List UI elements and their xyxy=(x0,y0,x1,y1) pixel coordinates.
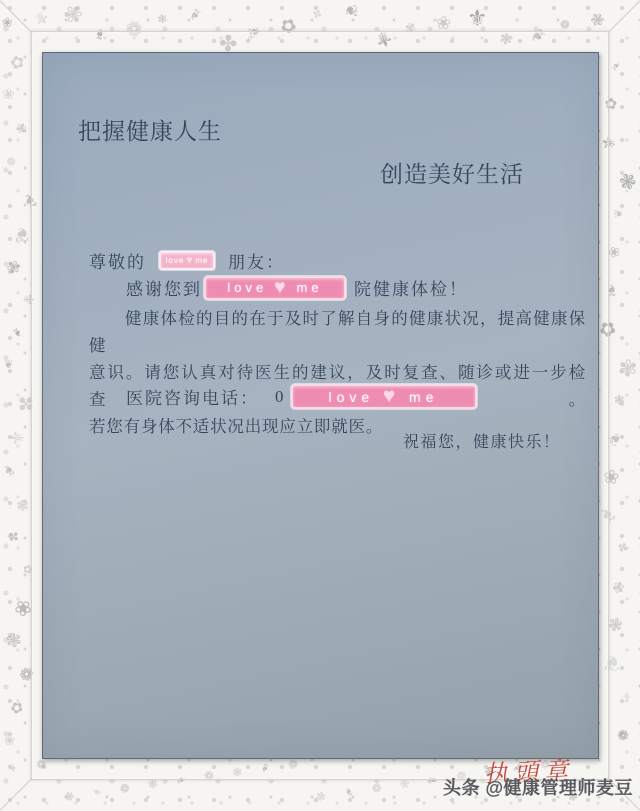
floral-motif: ⚜ xyxy=(29,6,53,30)
floral-motif: ❃ xyxy=(589,12,607,27)
sticker-word-me: me xyxy=(409,389,438,405)
floral-motif: ❃ xyxy=(154,11,170,26)
watermark-text: 头条 @健康管理师麦豆 xyxy=(443,774,633,800)
floral-motif: ❀ xyxy=(0,15,15,29)
floral-motif: ❀ xyxy=(1,732,17,749)
phone-line: 医院咨询电话： 0 love ♥ me xyxy=(126,384,477,409)
frame-miter-bottom-left xyxy=(0,778,33,811)
sticker-word-love: love xyxy=(227,280,267,295)
floral-motif: ❧ xyxy=(91,785,104,799)
sticker-word-love: love xyxy=(328,389,374,405)
letter-paper: 把握健康人生 创造美好生活 尊敬的 love ♥ me 朋友： 感谢您到 lov… xyxy=(42,52,599,759)
greeting-prefix: 尊敬的 xyxy=(89,248,146,273)
phone-label: 医院咨询电话： xyxy=(126,384,259,409)
love-me-sticker-small: love ♥ me xyxy=(159,251,215,270)
floral-motif: ✤ xyxy=(616,539,631,554)
floral-motif: ⚜ xyxy=(467,7,488,30)
floral-motif: ❃ xyxy=(5,631,23,652)
frame-miter-top-left xyxy=(0,0,33,33)
floral-motif: ❁ xyxy=(7,156,19,166)
floral-motif: ✾ xyxy=(611,576,628,595)
floral-motif: ⚜ xyxy=(622,689,632,700)
framed-letter-photo: ❀⚜✾❧❁❃❧✤❦✿✤❦⚜✾❀⚜❃❧❁❃❧❁❃❧❁❃❧❁❃❧❁❃❧❁❃❧❁❃❧❁… xyxy=(0,0,640,811)
floral-motif: ❦ xyxy=(4,360,13,371)
floral-motif: ✤ xyxy=(310,9,323,23)
floral-motif: ❦ xyxy=(342,4,358,18)
floral-motif: ✾ xyxy=(614,354,640,381)
floral-motif: ❃ xyxy=(315,789,327,802)
greeting-line: 尊敬的 love ♥ me 朋友： xyxy=(89,248,285,273)
floral-motif: ❧ xyxy=(9,324,26,341)
sticker-word-me: me xyxy=(297,280,323,295)
floral-motif: ❁ xyxy=(616,725,629,740)
heart-icon: ♥ xyxy=(274,277,289,299)
frame-miter-top-right xyxy=(607,0,640,33)
floral-motif: ❧ xyxy=(184,4,206,24)
floral-motif: ❀ xyxy=(1,87,16,104)
floral-motif: ❧ xyxy=(0,459,20,481)
floral-motif: ❦ xyxy=(614,209,625,219)
floral-motif: ✿ xyxy=(6,52,28,74)
floral-motif: ❃ xyxy=(15,496,29,512)
floral-motif: ❧ xyxy=(5,761,20,775)
sticker-word-me: me xyxy=(195,256,208,265)
floral-motif: ✾ xyxy=(13,120,30,137)
floral-motif: ❀ xyxy=(608,246,623,259)
floral-motif: ❁ xyxy=(371,782,384,793)
love-me-sticker-phone: love ♥ me xyxy=(291,384,477,409)
floral-motif: ✿ xyxy=(10,700,27,715)
floral-motif: ❁ xyxy=(117,781,132,796)
love-me-sticker-hospital: love ♥ me xyxy=(204,276,346,300)
thanks-suffix: 院健康体检！ xyxy=(354,275,468,300)
heart-icon: ♥ xyxy=(383,385,400,408)
body-line-1: 健康体检的目的在于及时了解自身的健康状况，提高健康保健 xyxy=(89,305,586,359)
floral-motif: ❧ xyxy=(608,59,623,74)
greeting-suffix: 朋友： xyxy=(228,248,285,273)
floral-motif: ✾ xyxy=(60,0,88,28)
thanks-line: 感谢您到 love ♥ me 院健康体检！ xyxy=(126,275,468,300)
floral-motif: ❧ xyxy=(341,784,357,799)
floral-motif: ✾ xyxy=(2,255,24,277)
floral-motif: ❁ xyxy=(558,17,572,32)
floral-motif: ❃ xyxy=(62,788,77,803)
heading-line1: 把握健康人生 xyxy=(78,113,222,146)
heart-icon: ♥ xyxy=(186,255,193,266)
floral-motif: ⚜ xyxy=(9,429,29,447)
closing-wish: 祝福您，健康快乐！ xyxy=(403,429,561,452)
floral-motif: ❃ xyxy=(617,171,640,192)
floral-motif: ❦ xyxy=(13,223,30,243)
sticker-word-love: love xyxy=(166,256,185,265)
phone-digit: 0 xyxy=(275,387,286,407)
heading-line2: 创造美好生活 xyxy=(380,156,524,189)
floral-motif: ❃ xyxy=(611,391,628,407)
floral-motif: ✤ xyxy=(5,528,22,545)
thanks-prefix: 感谢您到 xyxy=(126,275,202,300)
body-paragraph: 健康体检的目的在于及时了解自身的健康状况，提高健康保健 意识。请您认真对待医生的… xyxy=(89,305,586,440)
